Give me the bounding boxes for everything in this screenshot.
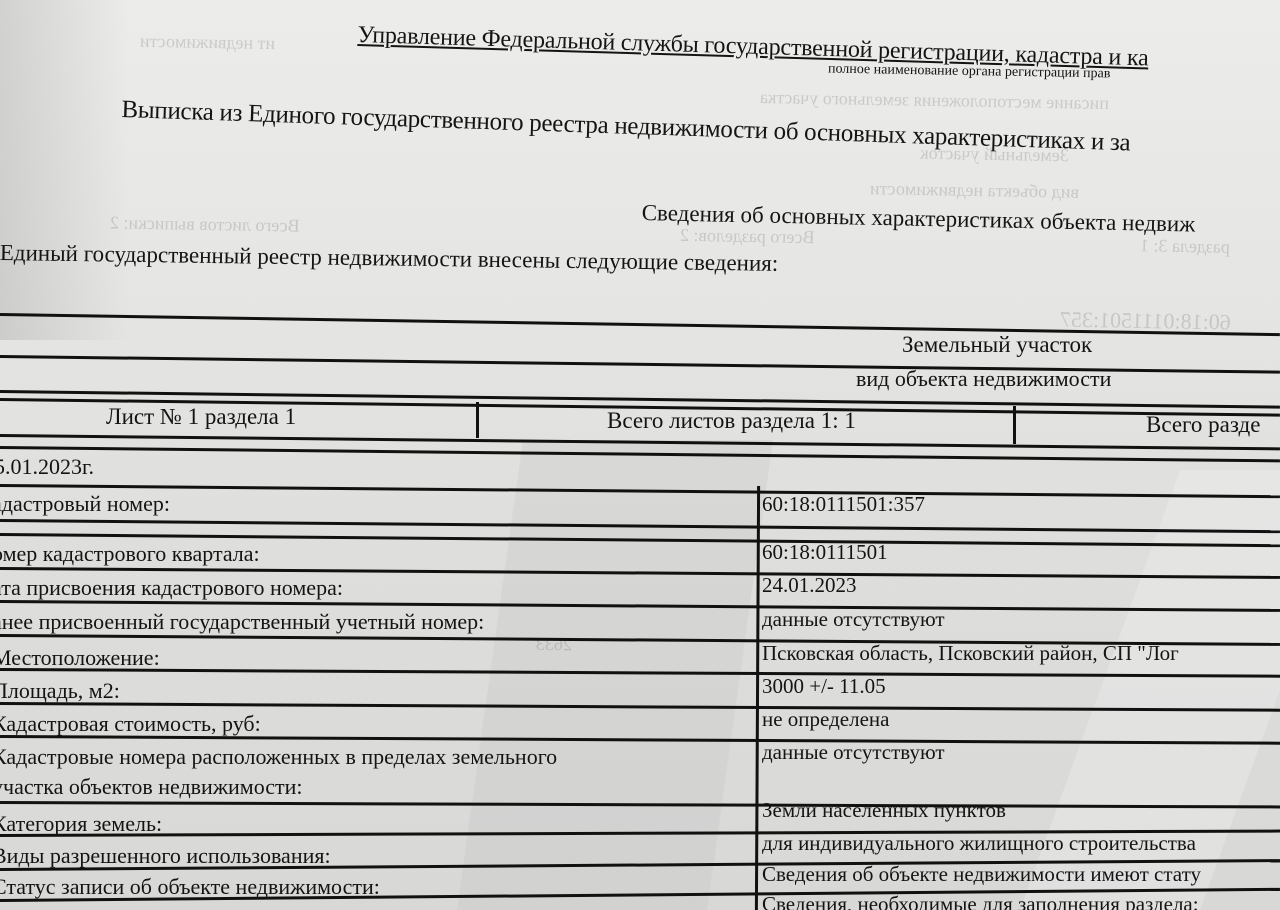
row-value-cadastral-value: не определена [762,707,889,732]
row-value-cadastral-number: 60:18:0111501:357 [762,492,925,517]
table-border [0,519,1280,533]
total-sheets-section: Всего листов раздела 1: 1 [607,408,856,434]
table-border [0,446,1280,462]
row-label-cadastral-number: адастровый номер: [0,491,170,517]
row-label-previous-number: анее присвоенный государственный учетный… [0,609,484,635]
table-border [0,668,1280,678]
row-value-land-category: Земли населенных пунктов [762,798,1006,823]
bleed-through-text: писание местоположения земельного участк… [760,87,1109,114]
photo-shadow [0,0,130,340]
row-value-area: 3000 +/- 11.05 [762,674,886,699]
table-divider [755,486,760,910]
row-value-contained-objects: данные отсутствуют [762,740,945,765]
total-sections: Всего разде [1146,412,1260,438]
row-label-contained-objects-line2: участка объектов недвижимости: [0,774,303,800]
table-divider [1013,406,1016,444]
table-border [0,801,1280,808]
row-label-assignment-date: ата присвоения кадастрового номера: [0,575,343,601]
row-label-cadastral-quarter: омер кадастрового квартала: [0,541,260,567]
row-value-location: Псковская область, Псковский район, СП "… [762,641,1179,666]
row-label-land-category: Категория земель: [0,811,162,837]
row-label-cadastral-value: Кадастровая стоимость, руб: [0,711,261,737]
row-label-location: Местоположение: [0,645,160,671]
table-divider [476,402,479,438]
row-value-previous-number: данные отсутствуют [762,607,945,632]
sheet-number: Лист № 1 раздела 1 [106,404,296,430]
table-border [0,484,1280,498]
row-label-record-status: Статус записи об объекте недвижимости: [0,874,380,900]
object-kind-caption: вид объекта недвижимости [856,366,1111,392]
row-label-contained-objects: Кадастровые номера расположенных в преде… [0,744,557,770]
row-value-record-status: Сведения об объекте недвижимости имеют с… [762,862,1201,887]
extract-date: 5.01.2023г. [0,454,94,480]
row-value-assignment-date: 24.01.2023 [762,573,857,598]
row-label-area: Площадь, м2: [0,678,120,704]
row-value-permitted-use: для индивидуального жилищного строительс… [762,831,1196,856]
row-value-cadastral-quarter: 60:18:0111501 [762,540,888,565]
intro-text: Единый государственный реестр недвижимос… [0,240,778,277]
bleed-through-text: ит недвижимости [140,31,275,54]
row-value-section-info: Сведения, необходимые для заполнения раз… [762,892,1199,910]
bleed-through-text: вид объекта недвижимости [870,178,1079,203]
bleed-through-text: Всего листов выписки: 2 [110,212,300,236]
row-label-permitted-use: Виды разрешенного использования: [0,843,331,869]
bleed-through-text: раздела 3: 1 [1140,235,1230,258]
photo-shadow [457,440,773,910]
object-kind-value: Земельный участок [902,332,1092,358]
